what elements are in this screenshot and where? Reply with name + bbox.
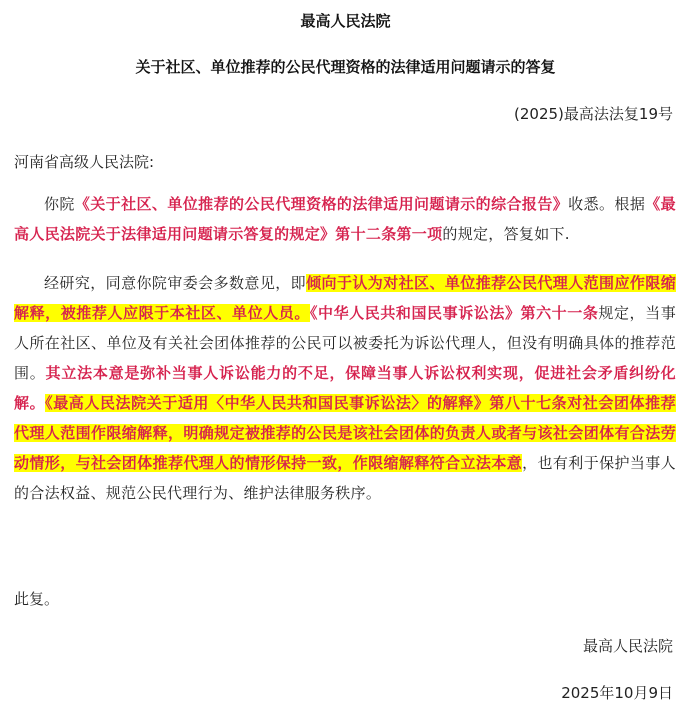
- issuer-heading: 最高人民法院: [0, 10, 691, 31]
- text-segment: 的规定，答复如下.: [442, 225, 569, 243]
- signature: 最高人民法院: [583, 635, 673, 656]
- paragraph-reasoning: 经研究，同意你院审委会多数意见，即倾向于认为对社区、单位推荐公民代理人范围应作限…: [14, 268, 676, 508]
- document-title: 关于社区、单位推荐的公民代理资格的法律适用问题请示的答复: [0, 56, 691, 77]
- emphasis-civil-procedure-law: 《中华人民共和国民事诉讼法》第六十一条: [310, 304, 598, 322]
- document-number: (2025)最高法法复19号: [514, 103, 673, 124]
- closing-remark: 此复。: [14, 588, 59, 609]
- emphasis-report-title: 《关于社区、单位推荐的公民代理资格的法律适用问题请示的综合报告》: [75, 195, 568, 213]
- issue-date: 2025年10月9日: [561, 682, 673, 703]
- text-segment: 经研究，同意你院审委会多数意见，即: [44, 274, 306, 292]
- addressee: 河南省高级人民法院:: [14, 151, 154, 172]
- text-segment: 你院: [44, 195, 75, 213]
- text-segment: 收悉。根据: [568, 195, 645, 213]
- document-page: 最高人民法院 关于社区、单位推荐的公民代理资格的法律适用问题请示的答复 (202…: [0, 0, 691, 710]
- paragraph-acknowledgement: 你院《关于社区、单位推荐的公民代理资格的法律适用问题请示的综合报告》收悉。根据《…: [14, 189, 676, 249]
